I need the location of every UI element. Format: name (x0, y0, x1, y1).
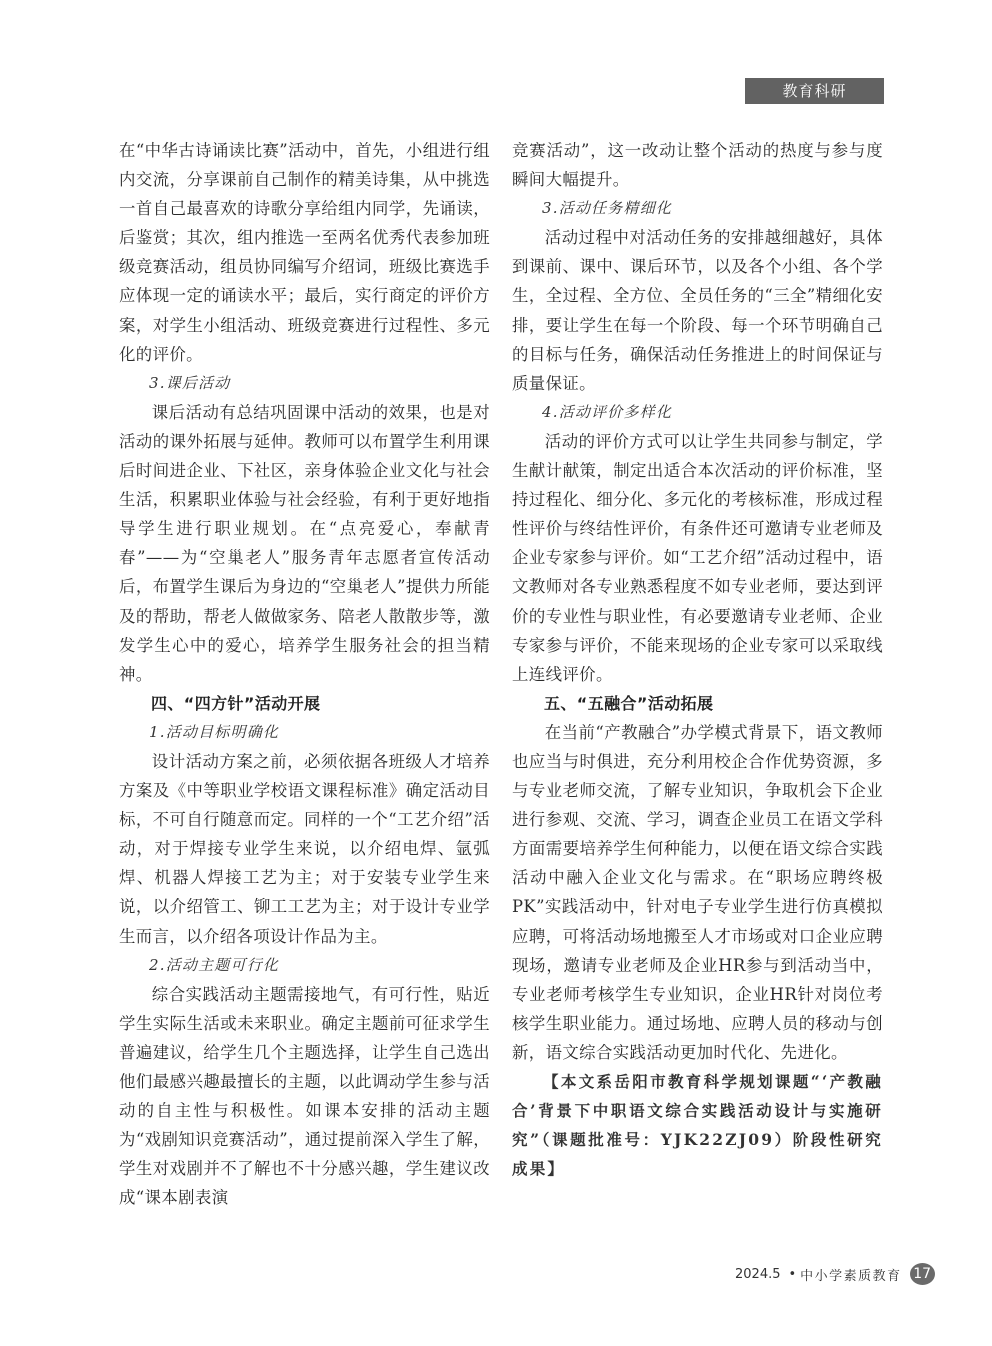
separator-dot: • (789, 1267, 797, 1282)
journal-name: 中小学素质教育 (800, 1265, 902, 1284)
right-column: 竞赛活动”，这一改动让整个活动的热度与参与度瞬间大幅提升。 3.活动任务精细化 … (512, 136, 883, 1183)
paragraph: 课后活动有总结巩固课中活动的效果，也是对活动的课外拓展与延伸。教师可以布置学生利… (119, 398, 490, 689)
page-number-badge: 17 (910, 1263, 935, 1285)
paragraph: 在当前“产教融合”办学模式背景下，语文教师也应当与时俱进，充分利用校企合作优势资… (512, 718, 883, 1067)
paragraph: 活动过程中对活动任务的安排越细越好，具体到课前、课中、课后环节，以及各个小组、各… (512, 223, 883, 398)
subheading: 1.活动目标明确化 (119, 718, 490, 747)
subheading: 3.课后活动 (119, 369, 490, 398)
funding-note: 【本文系岳阳市教育科学规划课题“‘产教融合’背景下中职语文综合实践活动设计与实施… (512, 1067, 883, 1183)
paragraph: 活动的评价方式可以让学生共同参与制定，学生献计献策，制定出适合本次活动的评价标准… (512, 427, 883, 689)
paragraph: 在“中华古诗诵读比赛”活动中，首先，小组进行组内交流，分享课前自己制作的精美诗集… (119, 136, 490, 369)
paragraph: 竞赛活动”，这一改动让整个活动的热度与参与度瞬间大幅提升。 (512, 136, 883, 194)
section-heading: 五、“五融合”活动拓展 (512, 689, 883, 718)
paragraph: 综合实践活动主题需接地气，有可行性，贴近学生实际生活或未来职业。确定主题前可征求… (119, 980, 490, 1213)
subheading: 3.活动任务精细化 (512, 194, 883, 223)
left-column: 在“中华古诗诵读比赛”活动中，首先，小组进行组内交流，分享课前自己制作的精美诗集… (119, 136, 490, 1212)
section-label: 教育科研 (745, 78, 884, 104)
section-heading: 四、“四方针”活动开展 (119, 689, 490, 718)
subheading: 2.活动主题可行化 (119, 951, 490, 980)
issue-number: 2024.5 (735, 1267, 781, 1282)
subheading: 4.活动评价多样化 (512, 398, 883, 427)
page-footer: 2024.5 • 中小学素质教育 17 (735, 1263, 935, 1285)
paragraph: 设计活动方案之前，必须依据各班级人才培养方案及《中等职业学校语文课程标准》确定活… (119, 747, 490, 951)
